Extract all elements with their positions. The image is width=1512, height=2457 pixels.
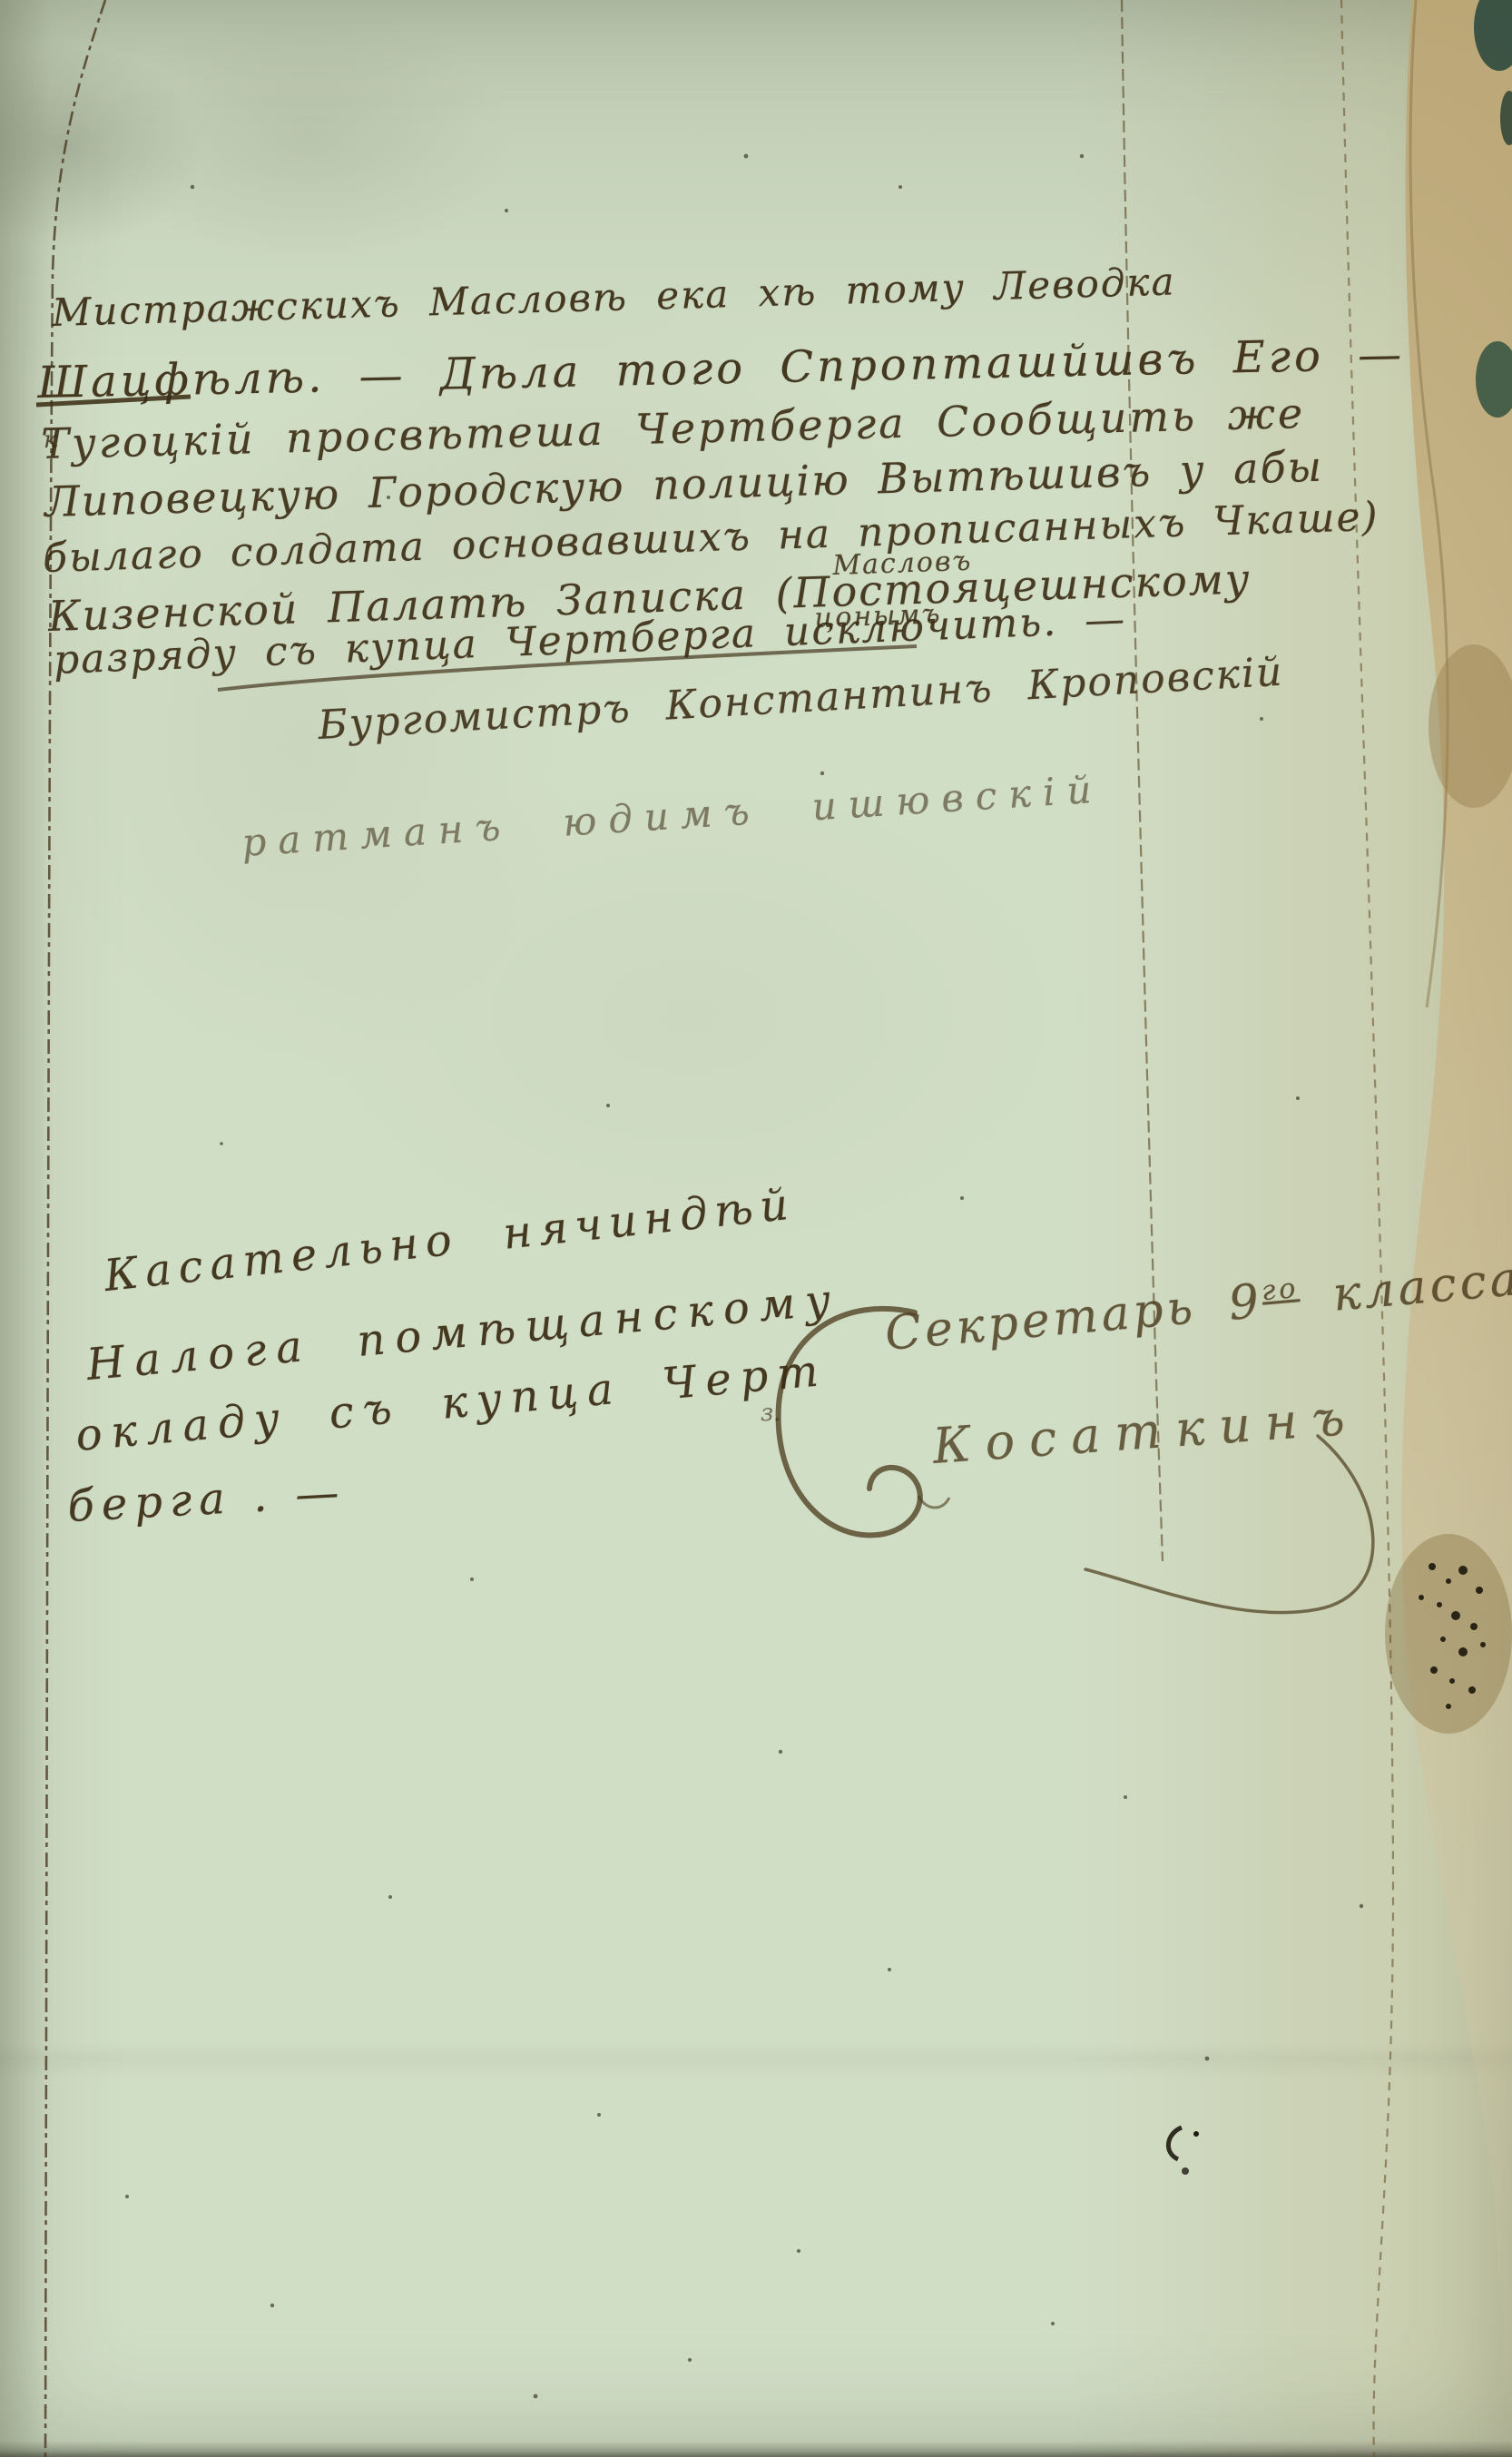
manuscript-page: Мистражскихъ Масловѣ ека хѣ тому Леводка… [0, 0, 1512, 2457]
interline-insert: цонымъ [814, 598, 942, 634]
margin-correction-letter: к [44, 427, 58, 454]
signature-prefix-mark: з. [761, 1400, 781, 1427]
signature-flourish [1085, 1436, 1373, 1613]
ink-blot-dot [1193, 2131, 1199, 2137]
signature-flourish [918, 1496, 949, 1508]
interline-insert: Масловъ [832, 545, 973, 582]
ink-blot-dot [1182, 2167, 1189, 2175]
ordinal-superscript: го [1261, 1273, 1301, 1307]
ink-blot-c [1168, 2128, 1182, 2159]
